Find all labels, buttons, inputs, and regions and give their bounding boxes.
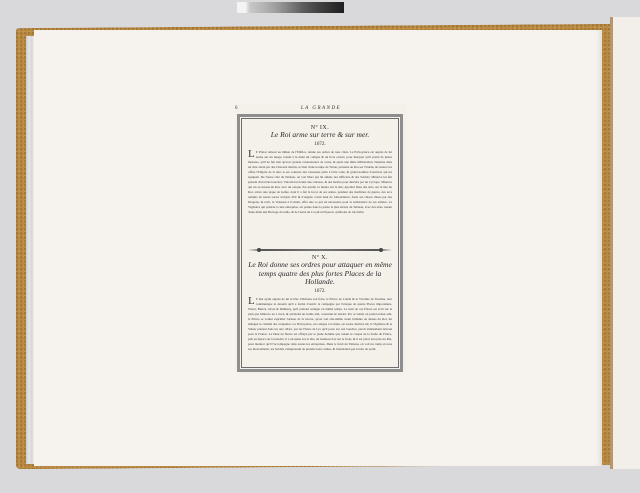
right-page-edge (610, 17, 640, 469)
section-text: E Roi ayant auprès de lui le Duc d'Orléa… (248, 297, 392, 351)
printed-plate: 6 LA GRANDE Nº IX. Le Roi arme sur terre… (235, 104, 407, 374)
drop-cap: L (248, 150, 255, 159)
grayscale-calibration-target (237, 2, 344, 13)
section-title: Le Roi donne ses ordres pour attaquer en… (248, 261, 392, 287)
double-rule-frame: Nº IX. Le Roi arme sur terre & sur mer. … (237, 114, 403, 372)
running-head: 6 LA GRANDE (235, 106, 407, 114)
section-body: L E Roi ayant auprès de lui le Duc d'Orl… (248, 297, 392, 352)
section-body: L E Prince debout au milieu de l'Édifice… (248, 150, 392, 215)
running-head-title: LA GRANDE (235, 106, 407, 111)
section-ix: Nº IX. Le Roi arme sur terre & sur mer. … (248, 125, 392, 215)
section-year: 1672. (248, 142, 392, 147)
ornamental-divider (248, 249, 392, 251)
drop-cap: L (248, 297, 255, 306)
section-title: Le Roi arme sur terre & sur mer. (248, 131, 392, 140)
page-block-edges (26, 36, 34, 464)
section-text: E Prince debout au milieu de l'Édifice, … (248, 150, 392, 214)
section-year: 1672. (248, 289, 392, 294)
section-x: Nº X. Le Roi donne ses ordres pour attaq… (248, 255, 392, 352)
